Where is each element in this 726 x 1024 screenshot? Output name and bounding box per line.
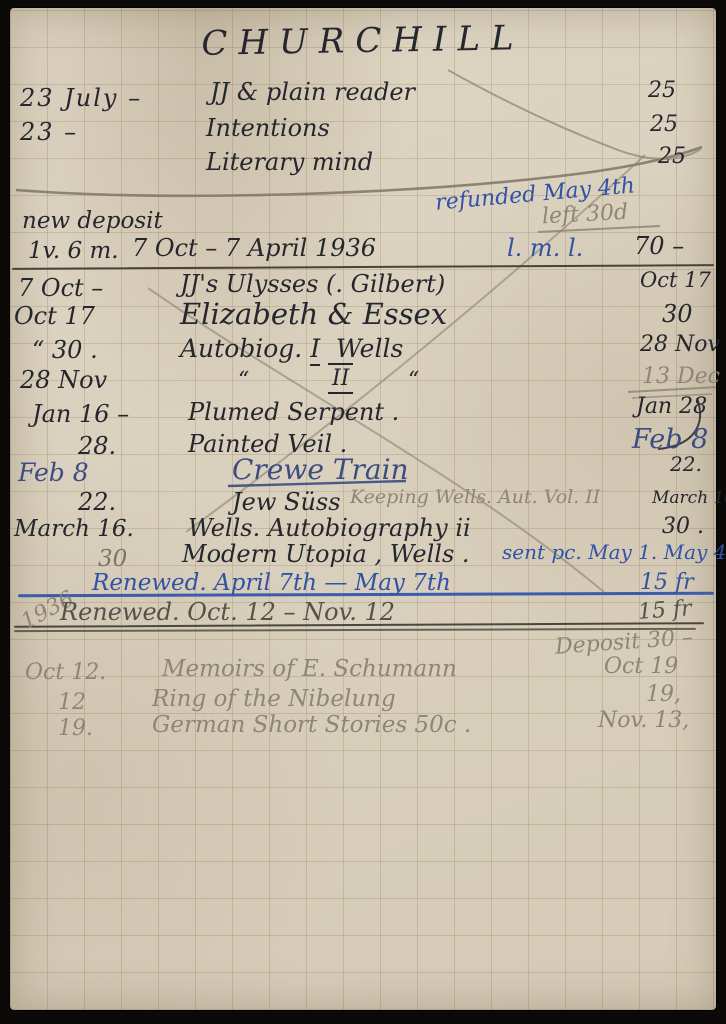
loan-returned: 30 — [662, 302, 693, 326]
volume-numeral: II — [328, 363, 353, 394]
loan-date: Feb 8 — [18, 460, 89, 485]
loan-fee: 25 — [648, 80, 676, 102]
loan-returned: 13 Dec — [642, 366, 720, 388]
loan-returned: 19, — [646, 684, 681, 706]
ditto-mark: “ — [238, 370, 249, 392]
loan-title: Crewe Train — [232, 456, 409, 484]
loan-date: Oct 17 — [14, 304, 95, 328]
loan-date: 22. — [78, 490, 116, 514]
loan-returned: Jan 28 — [636, 396, 707, 418]
loan-date: 30 — [98, 548, 127, 571]
loan-title: Jew Süss — [232, 490, 341, 514]
loan-note: sent pc. May 1. May 4 — [502, 542, 726, 562]
loan-title: JJ's Ulysses (. Gilbert) — [180, 272, 445, 296]
loan-date: 19. — [58, 718, 93, 740]
loan-returned: Feb 8 — [632, 426, 708, 453]
loan-volume: II — [328, 368, 353, 390]
subscription-terms: 1v. 6 m. — [28, 240, 119, 263]
loan-title: Autobiog. I Wells — [180, 336, 403, 361]
loan-date: “ 30 . — [32, 338, 98, 362]
loan-title: Ring of the Nibelung — [152, 688, 396, 711]
loan-note: Keeping Wells. Aut. Vol. II — [350, 488, 600, 507]
loan-title-pre: Autobiog. — [180, 334, 302, 363]
loan-returned: Oct 19 — [604, 656, 678, 678]
loan-date: Jan 16 – — [32, 402, 129, 426]
loan-title: Plumed Serpent . — [188, 400, 399, 424]
card-holder-name: CHURCHILL — [10, 18, 716, 64]
loan-returned: Nov. 13, — [598, 710, 689, 732]
loan-date: March 16. — [14, 518, 134, 541]
loan-fee: 25 — [658, 146, 686, 168]
loan-returned: Oct 17 — [640, 270, 711, 291]
loan-title-post: Wells — [336, 334, 403, 363]
loan-title: JJ & plain reader — [210, 80, 415, 104]
loan-title: German Short Stories 50c . — [152, 714, 471, 737]
loan-title: Intentions — [206, 116, 330, 140]
subscription-amount: 70 – — [634, 234, 684, 258]
subscription-period: 7 Oct – 7 April 1936 — [132, 236, 376, 260]
loan-date: 23 July – — [20, 86, 142, 110]
loan-date: 7 Oct – — [18, 276, 103, 300]
rule-subscription — [12, 264, 714, 270]
new-deposit-label: new deposit — [22, 210, 163, 233]
loan-date: 28. — [78, 434, 116, 458]
loan-returned: March 16 — [652, 490, 726, 507]
loan-returned: 30 . — [662, 516, 704, 538]
loan-date: Oct 12. — [25, 662, 106, 684]
loan-date: 23 – — [20, 120, 78, 144]
loan-title: Memoirs of E. Schumann — [162, 658, 457, 681]
loan-fee: 25 — [650, 114, 678, 136]
scanned-library-card: CHURCHILL 23 July – JJ & plain reader 25… — [0, 0, 726, 1024]
ditto-mark: “ — [408, 370, 419, 392]
loan-returned: 28 Nov — [640, 334, 720, 356]
renewal-text: Renewed. Oct. 12 – Nov. 12 — [60, 600, 395, 624]
renewal-fee: 15 fr — [637, 598, 692, 624]
index-card: CHURCHILL 23 July – JJ & plain reader 25… — [10, 8, 716, 1010]
renewal-fee: 15 fr — [640, 572, 694, 594]
loan-title: Modern Utopia , Wells . — [182, 542, 470, 566]
loan-title: Elizabeth & Essex — [180, 300, 447, 329]
subscription-initials: l. m. l. — [507, 236, 583, 260]
left-deposit-note: left 30d — [541, 202, 628, 228]
loan-returned: 22. — [670, 454, 702, 474]
loan-date: 12 — [58, 692, 86, 714]
loan-volume: I — [310, 334, 320, 366]
loan-title: Wells. Autobiography ii — [188, 516, 471, 540]
renewal-text: Renewed. April 7th — May 7th — [92, 572, 451, 595]
loan-date: 28 Nov — [20, 368, 107, 392]
loan-title: Literary mind — [206, 150, 373, 174]
